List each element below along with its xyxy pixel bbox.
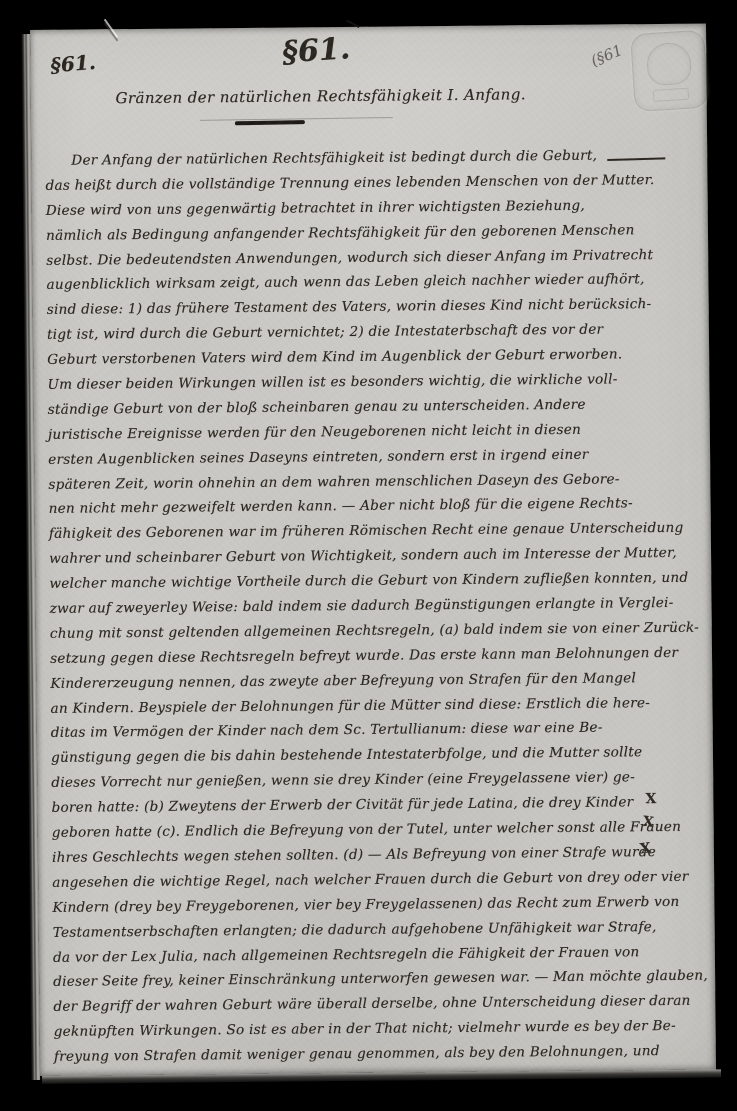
paper-sheet: §61. §61. Gränzen der natürlichen Rechts…	[30, 24, 716, 1076]
seal-crest-icon	[646, 42, 693, 87]
manuscript-page: §61. §61. Gränzen der natürlichen Rechts…	[30, 24, 716, 1076]
scan-background: { "scan": { "background_color": "#000000…	[0, 0, 737, 1111]
top-edge-notch	[346, 20, 359, 28]
section-number-left: §61.	[49, 50, 96, 78]
page-title: Gränzen der natürlichen Rechtsfähigkeit …	[101, 85, 541, 107]
margin-x-mark: X	[639, 834, 666, 861]
title-underline-thick	[235, 120, 305, 125]
manuscript-line: freyung von Strafen damit weniger genau …	[54, 1039, 710, 1070]
margin-x-mark: X	[645, 787, 669, 812]
section-number-center: §61.	[281, 31, 351, 70]
manuscript-lines: Der Anfang der natürlichen Rechtsfähigke…	[45, 143, 710, 1070]
margin-correction-marks: XXX	[645, 787, 670, 860]
seal-banner-icon	[653, 88, 690, 102]
corner-fold-mark	[104, 19, 118, 38]
embossed-seal-stamp	[630, 30, 709, 112]
pencil-annotation: (§61	[588, 41, 625, 70]
margin-x-mark: X	[641, 810, 668, 837]
